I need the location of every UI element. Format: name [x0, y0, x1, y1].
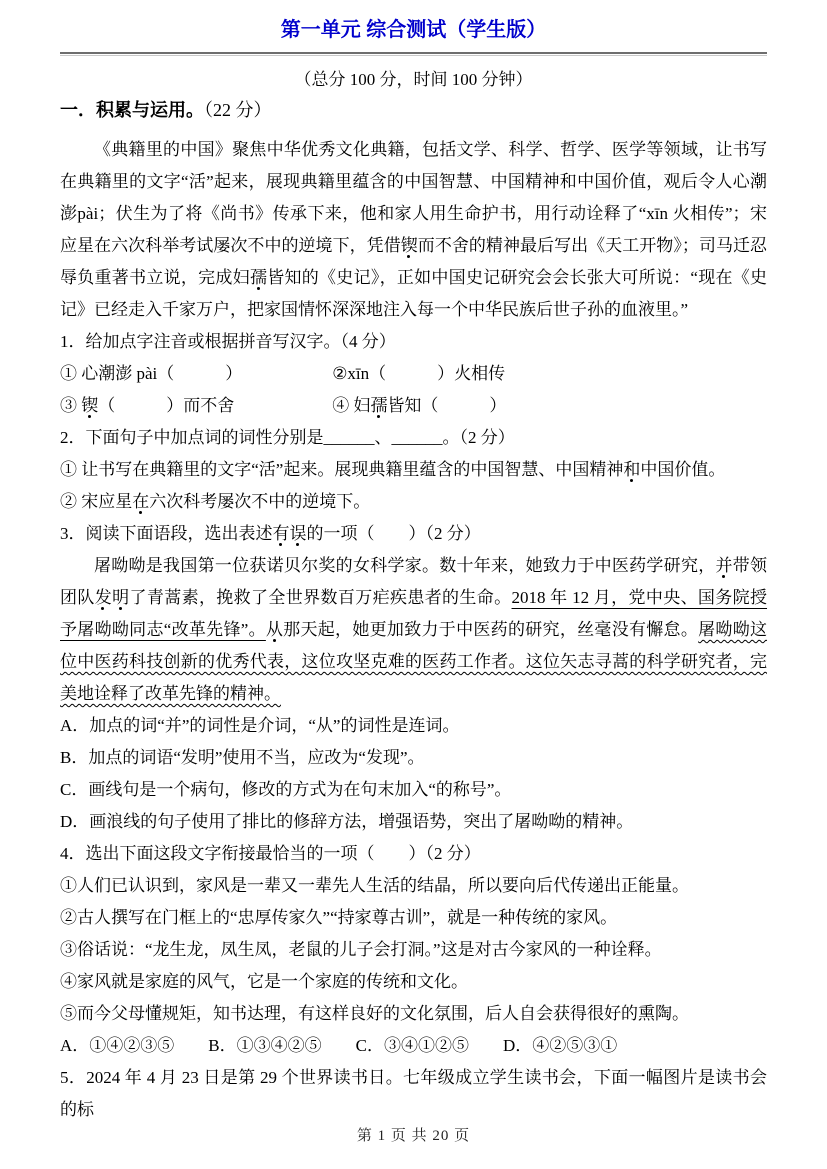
- q1-items-row-2: ③ 锲（ ）而不舍④ 妇孺皆知（ ）: [60, 390, 767, 422]
- text-run: 2．下面句子中加点词的词性分别是______、______。（2 分）: [60, 428, 515, 447]
- emphasis-dot-char: 误: [290, 524, 307, 543]
- q1-stem: 1．给加点字注音或根据拼音写汉字。（4 分）: [60, 326, 767, 358]
- text-run: 了青蒿素，挽救了全世界数百万疟疾患者的生命。: [129, 588, 511, 607]
- q4-sentence-1: ①人们已认识到，家风是一辈又一辈先人生活的结晶，所以要向后代传递出正能量。: [60, 870, 767, 902]
- text-run: ① 让书写在典籍里的文字“活”起来。展现典籍里蕴含的中国智慧、中国精神: [60, 460, 623, 479]
- emphasis-dot-char: 和: [623, 460, 640, 479]
- emphasis-dot-char: 有: [273, 524, 290, 543]
- emphasis-dot-char: 锲: [81, 396, 98, 415]
- text-run: C．画线句是一个病句，修改的方式为在句末加入“的称号”。: [60, 780, 511, 799]
- q1-item-1: ① 心潮澎 pài（ ）: [60, 358, 332, 390]
- text-run: ④家风就是家庭的风气，它是一个家庭的传统和文化。: [60, 972, 468, 991]
- text-run: ④ 妇: [332, 396, 370, 415]
- page-title: 第一单元 综合测试（学生版）: [60, 18, 767, 42]
- text-run: 那天起，她更加致力于中医药的研究，丝毫没有懈怠。: [283, 620, 698, 639]
- q5-stem: 5．2024 年 4 月 23 日是第 29 个世界读书日。七年级成立学生读书会…: [60, 1062, 767, 1126]
- text-run: （ ）而不舍: [98, 396, 234, 415]
- q2-sentence-1: ① 让书写在典籍里的文字“活”起来。展现典籍里蕴含的中国智慧、中国精神和中国价值…: [60, 454, 767, 486]
- section-heading-score: （22 分）: [204, 100, 272, 120]
- q1-item-3: ③ 锲（ ）而不舍: [60, 390, 332, 422]
- emphasis-dot-char: 孺: [250, 268, 267, 287]
- text-run: ②xīn（ ）火相传: [332, 364, 505, 383]
- q3-passage: 屠呦呦是我国第一位获诺贝尔奖的女科学家。数十年来，她致力于中医药学研究，并带领团…: [60, 550, 767, 710]
- q4-sentence-5: ⑤而今父母懂规矩，知书达理，有这样良好的文化氛围，后人自会获得很好的熏陶。: [60, 998, 767, 1030]
- page-number: 第 1 页 共 20 页: [0, 1124, 827, 1145]
- text-run: 1．给加点字注音或根据拼音写汉字。（4 分）: [60, 332, 396, 351]
- text-run: A．①④②③⑤ B．①③④②⑤ C．③④①②⑤ D．④②⑤③①: [60, 1036, 617, 1055]
- q3-option-d: D．画浪线的句子使用了排比的修辞方法，增强语势，突出了屠呦呦的精神。: [60, 806, 767, 838]
- emphasis-dot-char: 并: [715, 556, 732, 575]
- emphasis-dot-char: 明: [112, 588, 129, 607]
- q1-item-4: ④ 妇孺皆知（ ）: [332, 390, 767, 422]
- q3-stem: 3．阅读下面语段，选出表述有误的一项（ ）（2 分）: [60, 518, 767, 550]
- text-run: D．画浪线的句子使用了排比的修辞方法，增强语势，突出了屠呦呦的精神。: [60, 812, 633, 831]
- q4-options: A．①④②③⑤ B．①③④②⑤ C．③④①②⑤ D．④②⑤③①: [60, 1030, 767, 1062]
- q4-sentence-4: ④家风就是家庭的风气，它是一个家庭的传统和文化。: [60, 966, 767, 998]
- q3-option-a: A．加点的词“并”的词性是介词，“从”的词性是连词。: [60, 710, 767, 742]
- text-run: ②古人撰写在门框上的“忠厚传家久”“持家尊古训”，就是一种传统的家风。: [60, 908, 617, 927]
- emphasis-dot-char: 发: [95, 588, 112, 607]
- intro-paragraph: 《典籍里的中国》聚焦中华优秀文化典籍，包括文学、科学、哲学、医学等领域，让书写在…: [60, 134, 767, 326]
- title-divider: [60, 52, 767, 56]
- q4-sentence-2: ②古人撰写在门框上的“忠厚传家久”“持家尊古训”，就是一种传统的家风。: [60, 902, 767, 934]
- text-run: 中国价值。: [640, 460, 725, 479]
- section-heading: 一．积累与运用。（22 分）: [60, 96, 767, 124]
- exam-info: （总分 100 分，时间 100 分钟）: [60, 66, 767, 94]
- text-run: 5．2024 年 4 月 23 日是第 29 个世界读书日。七年级成立学生读书会…: [60, 1068, 767, 1119]
- emphasis-dot-char: 从: [266, 620, 283, 639]
- emphasis-dot-char: 孺: [370, 396, 387, 415]
- text-run: A．加点的词“并”的词性是介词，“从”的词性是连词。: [60, 716, 459, 735]
- q2-stem: 2．下面句子中加点词的词性分别是______、______。（2 分）: [60, 422, 767, 454]
- q1-item-2: ②xīn（ ）火相传: [332, 358, 767, 390]
- q2-sentence-2: ② 宋应星在六次科考屡次不中的逆境下。: [60, 486, 767, 518]
- text-run: ③: [60, 396, 81, 415]
- q4-stem: 4．选出下面这段文字衔接最恰当的一项（ ）（2 分）: [60, 838, 767, 870]
- section-heading-text: 一．积累与运用。: [60, 100, 204, 120]
- document-page: 第一单元 综合测试（学生版） （总分 100 分，时间 100 分钟） 一．积累…: [0, 0, 827, 1169]
- q4-sentence-3: ③俗话说：“龙生龙，凤生凤，老鼠的儿子会打洞。”这是对古今家风的一种诠释。: [60, 934, 767, 966]
- q1-items-row-1: ① 心潮澎 pài（ ）②xīn（ ）火相传: [60, 358, 767, 390]
- text-run: B．加点的词语“发明”使用不当，应改为“发现”。: [60, 748, 425, 767]
- q3-option-c: C．画线句是一个病句，修改的方式为在句末加入“的称号”。: [60, 774, 767, 806]
- text-run: ①人们已认识到，家风是一辈又一辈先人生活的结晶，所以要向后代传递出正能量。: [60, 876, 689, 895]
- text-run: 皆知（ ）: [387, 396, 506, 415]
- text-run: 屠呦呦是我国第一位获诺贝尔奖的女科学家。数十年来，她致力于中医药学研究，: [94, 556, 715, 575]
- text-run: ① 心潮澎 pài（ ）: [60, 364, 242, 383]
- text-run: ③俗话说：“龙生龙，凤生凤，老鼠的儿子会打洞。”这是对古今家风的一种诠释。: [60, 940, 662, 959]
- text-run: ⑤而今父母懂规矩，知书达理，有这样良好的文化氛围，后人自会获得很好的熏陶。: [60, 1004, 689, 1023]
- text-run: 六次科考屡次不中的逆境下。: [149, 492, 370, 511]
- document-body: 《典籍里的中国》聚焦中华优秀文化典籍，包括文学、科学、哲学、医学等领域，让书写在…: [60, 134, 767, 1126]
- q3-option-b: B．加点的词语“发明”使用不当，应改为“发现”。: [60, 742, 767, 774]
- text-run: 3．阅读下面语段，选出表述: [60, 524, 273, 543]
- text-run: 的一项（ ）（2 分）: [307, 524, 481, 543]
- text-run: ② 宋应星: [60, 492, 132, 511]
- text-run: 4．选出下面这段文字衔接最恰当的一项（ ）（2 分）: [60, 844, 481, 863]
- emphasis-dot-char: 在: [132, 492, 149, 511]
- emphasis-dot-char: 锲: [401, 236, 418, 255]
